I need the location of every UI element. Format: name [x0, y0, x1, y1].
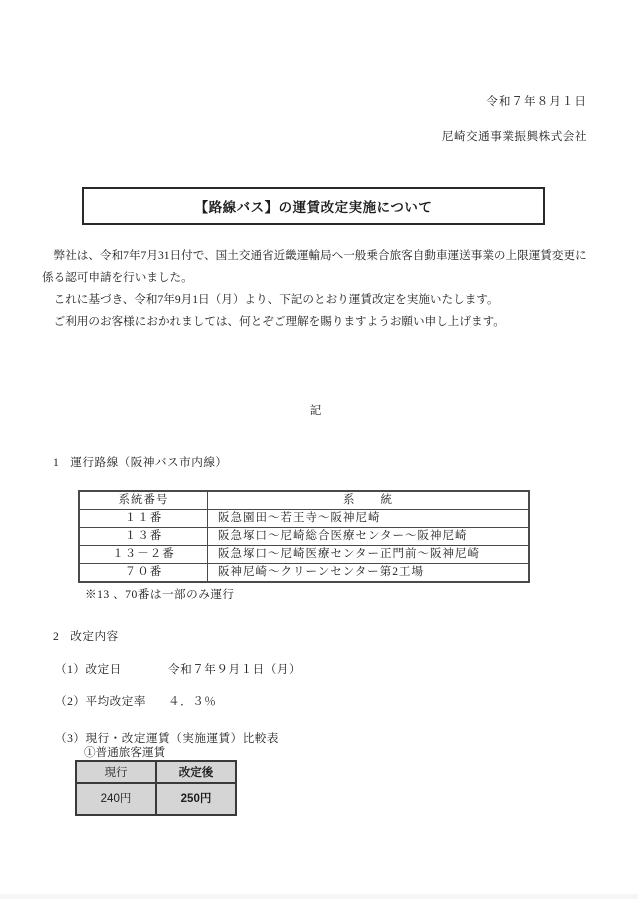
- route-number: １１番: [79, 510, 208, 528]
- fare-header-revised: 改定後: [156, 761, 236, 783]
- paragraph-apology: ご利用のお客様におかれましては、何とぞご理解を賜りますようお願い申し上げます。: [42, 311, 594, 333]
- table-row: １３－２番 阪急塚口～尼崎医療センター正門前～阪神尼崎: [79, 546, 529, 564]
- body-paragraphs: 弊社は、令和7年7月31日付で、国土交通省近畿運輸局へ一般乗合旅客自動車運送事業…: [42, 245, 594, 333]
- revision-date-value: 令和７年９月１日（月）: [168, 661, 301, 677]
- revision-date-label: （1）改定日: [55, 663, 122, 676]
- route-description: 阪急塚口～尼崎総合医療センター～阪神尼崎: [208, 528, 530, 546]
- document-page: 令和７年８月１日 尼崎交通事業振興株式会社 【路線バス】の運賃改定実施について …: [0, 0, 638, 899]
- fare-table-value-row: 240円 250円: [76, 783, 236, 815]
- route-table: 系統番号 系 統 １１番 阪急園田～若王寺～阪神尼崎 １３番 阪急塚口～尼崎総合…: [78, 490, 530, 583]
- route-number: １３番: [79, 528, 208, 546]
- route-number: ７０番: [79, 564, 208, 583]
- section1-title: 運行路線（阪神バス市内線）: [70, 456, 227, 469]
- fare-header-current: 現行: [76, 761, 156, 783]
- table-row: ７０番 阪神尼崎～クリーンセンター第2工場: [79, 564, 529, 583]
- route-table-header-row: 系統番号 系 統: [79, 491, 529, 510]
- fare-comparison-table: 現行 改定後 240円 250円: [75, 760, 237, 816]
- fare-table-header-row: 現行 改定後: [76, 761, 236, 783]
- title-box: 【路線バス】の運賃改定実施について: [82, 187, 545, 225]
- paragraph-application: 弊社は、令和7年7月31日付で、国土交通省近畿運輸局へ一般乗合旅客自動車運送事業…: [42, 245, 594, 289]
- revision-date-item: （1）改定日 令和７年９月１日（月）: [55, 661, 122, 677]
- route-table-header-route: 系 統: [208, 491, 530, 510]
- issue-date: 令和７年８月１日: [486, 93, 587, 109]
- fare-revised-value: 250円: [156, 783, 236, 815]
- page-bottom-edge: [0, 894, 638, 899]
- route-table-header-number: 系統番号: [79, 491, 208, 510]
- memo-mark: 記: [42, 402, 590, 418]
- fare-table-caption: ①普通旅客運賃: [84, 744, 165, 760]
- average-rate-label: （2）平均改定率: [55, 695, 146, 708]
- fare-current-value: 240円: [76, 783, 156, 815]
- document-title: 【路線バス】の運賃改定実施について: [195, 196, 433, 216]
- company-name: 尼崎交通事業振興株式会社: [442, 128, 587, 144]
- section2-number: 2: [53, 630, 59, 643]
- average-rate-value: ４．３％: [168, 693, 216, 709]
- section2-title: 改定内容: [70, 630, 118, 643]
- route-description: 阪急塚口～尼崎医療センター正門前～阪神尼崎: [208, 546, 530, 564]
- section2-heading: 2改定内容: [53, 628, 119, 644]
- route-description: 阪急園田～若王寺～阪神尼崎: [208, 510, 530, 528]
- section1-number: 1: [53, 456, 59, 469]
- route-number: １３－２番: [79, 546, 208, 564]
- paragraph-implementation: これに基づき、令和7年9月1日（月）より、下記のとおり運賃改定を実施いたします。: [42, 289, 594, 311]
- section1-heading: 1運行路線（阪神バス市内線）: [53, 454, 228, 470]
- table-row: １１番 阪急園田～若王寺～阪神尼崎: [79, 510, 529, 528]
- route-table-note: ※13 、70番は一部のみ運行: [85, 586, 235, 602]
- route-description: 阪神尼崎～クリーンセンター第2工場: [208, 564, 530, 583]
- average-rate-item: （2）平均改定率 ４．３％: [55, 693, 146, 709]
- table-row: １３番 阪急塚口～尼崎総合医療センター～阪神尼崎: [79, 528, 529, 546]
